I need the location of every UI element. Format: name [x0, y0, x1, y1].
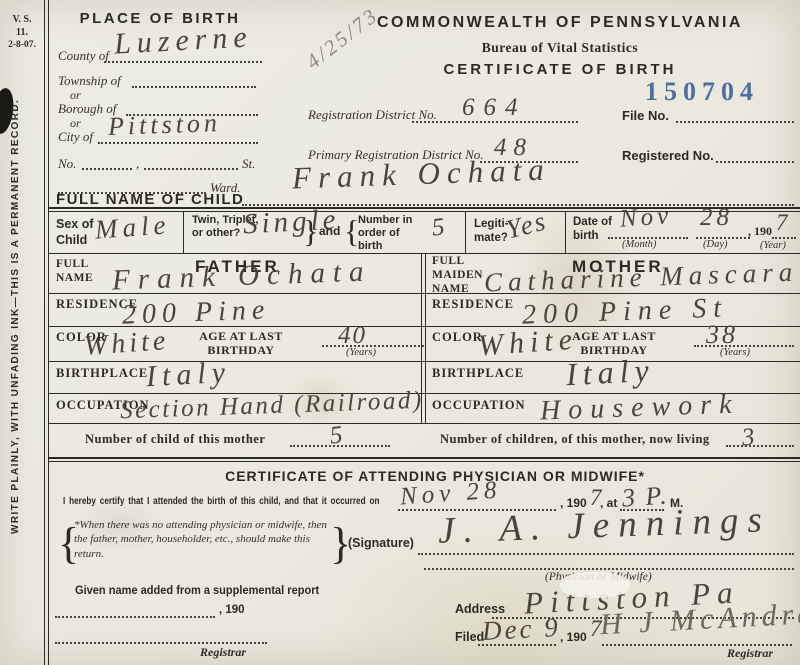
father-name-value: Frank Ochata — [112, 255, 372, 297]
certificate-number-stamp: 150704 — [645, 77, 759, 107]
mother-occupation-label: OCCUPATION — [432, 398, 526, 413]
margin-permanent-record-note: WRITE PLAINLY, WITH UNFADING INK—THIS IS… — [10, 99, 21, 534]
filed-date-value: Dec 9 — [481, 612, 561, 647]
dob-day-value: 28 — [700, 204, 733, 232]
father-birthplace-label: BIRTHPLACE — [56, 366, 148, 381]
parents-divider-b — [425, 253, 426, 423]
father-color-value: White — [83, 325, 170, 363]
registrar-left-caption: Registrar — [200, 645, 246, 660]
city-label: City of — [58, 129, 93, 145]
filed-year-printed: , 190 — [560, 630, 587, 644]
registration-district-value: 664 — [462, 94, 527, 122]
occurred-date-value: Nov 28 — [399, 476, 502, 511]
section-rule-physician-2 — [48, 461, 800, 462]
dob-year-value: 7 — [776, 210, 788, 236]
physician-footnote: *When there was no attending physician o… — [74, 518, 330, 561]
county-label: County of — [58, 48, 109, 64]
township-label: Township of — [58, 73, 121, 89]
certificate-of-birth-title: CERTIFICATE OF BIRTH — [340, 61, 780, 78]
county-value: Luzerne — [113, 20, 253, 61]
file-no-label: File No. — [622, 108, 669, 123]
date-of-birth-label: Date of birth — [573, 216, 625, 244]
divider-order-legit — [465, 212, 466, 253]
form-code-11: 11. — [2, 27, 42, 38]
rule-under-occupation-row — [48, 423, 800, 424]
order-of-birth-value: 5 — [431, 213, 446, 242]
signature-line — [418, 553, 794, 555]
father-age-label: AGE AT LAST BIRTHDAY — [185, 329, 297, 358]
divider-legit-dob — [565, 212, 566, 253]
mother-color-label: COLOR — [432, 330, 483, 345]
children-living-label: Number of children, of this mother, now … — [440, 432, 710, 447]
mother-residence-label: RESIDENCE — [432, 297, 514, 312]
city-line — [98, 142, 258, 144]
section-rule-physician — [48, 457, 800, 459]
father-age-years-caption: (Years) — [346, 347, 376, 358]
order-of-birth-label: Number in order of birth — [358, 214, 424, 254]
rule-under-child-row — [48, 253, 800, 254]
dob-year-line — [772, 237, 796, 239]
children-living-line — [726, 445, 794, 447]
registered-no-line — [716, 161, 794, 163]
registrar-right-caption: Registrar — [727, 646, 773, 661]
divider-sex-twin — [183, 212, 184, 253]
supplemental-year-line — [55, 616, 215, 618]
father-name-label: FULL NAME — [56, 257, 112, 286]
dob-day-caption: (Day) — [703, 239, 728, 250]
registered-no-label: Registered No. — [622, 148, 714, 163]
street-label: St. — [242, 156, 255, 172]
dob-month-caption: (Month) — [622, 239, 656, 250]
dob-year-caption: (Year) — [760, 240, 786, 251]
section-rule-top — [48, 207, 800, 209]
father-birthplace-value: Italy — [145, 356, 232, 394]
child-number-value: 5 — [329, 421, 344, 450]
children-living-value: 3 — [741, 423, 756, 452]
bureau-subtitle: Bureau of Vital Statistics — [340, 40, 780, 56]
dob-month-value: Nov — [619, 202, 673, 234]
dob-year-printed: , 190 — [748, 224, 772, 239]
paper-stain — [560, 572, 630, 598]
child-name-label: FULL NAME OF CHILD — [56, 191, 244, 208]
file-no-line — [676, 121, 794, 123]
filed-label: Filed — [455, 630, 484, 644]
and-label: and — [319, 224, 340, 238]
registrar-left-line — [55, 642, 267, 644]
margin-rule — [44, 0, 49, 665]
form-code-date: 2-8-07. — [0, 40, 44, 50]
street-no-line — [82, 168, 132, 170]
signature-label: (Signature) — [348, 536, 414, 550]
city-value: Pittston — [108, 108, 222, 142]
primary-district-value: 48 — [494, 134, 533, 162]
mother-birthplace-label: BIRTHPLACE — [432, 366, 524, 381]
township-line — [132, 86, 256, 88]
birth-certificate-document: V. S. 11. 2-8-07. WRITE PLAINLY, WITH UN… — [0, 0, 800, 665]
primary-district-label: Primary Registration District No. — [308, 147, 484, 163]
brace-close: } — [303, 213, 318, 250]
certify-statement: I hereby certify that I attended the bir… — [63, 495, 379, 507]
street-no-label: No. — [58, 156, 76, 172]
mother-age-years-caption: (Years) — [720, 347, 750, 358]
supplemental-year-printed: , 190 — [219, 604, 245, 616]
street-comma: , — [136, 156, 139, 172]
mother-birthplace-value: Italy — [565, 352, 655, 394]
street-name-line — [144, 168, 238, 170]
physician-caption-line — [424, 568, 794, 570]
supplemental-note: Given name added from a supplemental rep… — [75, 583, 319, 597]
physician-signature-value: J. A. Jennings — [437, 498, 771, 553]
form-code-vs: V. S. — [2, 14, 42, 25]
address-label: Address — [455, 602, 505, 616]
child-number-label: Number of child of this mother — [85, 432, 265, 447]
sex-of-child-value: Male — [94, 209, 171, 245]
county-line — [104, 61, 262, 63]
commonwealth-title: COMMONWEALTH OF PENNSYLVANIA — [340, 14, 780, 32]
mother-occupation-value: Housework — [540, 389, 741, 428]
